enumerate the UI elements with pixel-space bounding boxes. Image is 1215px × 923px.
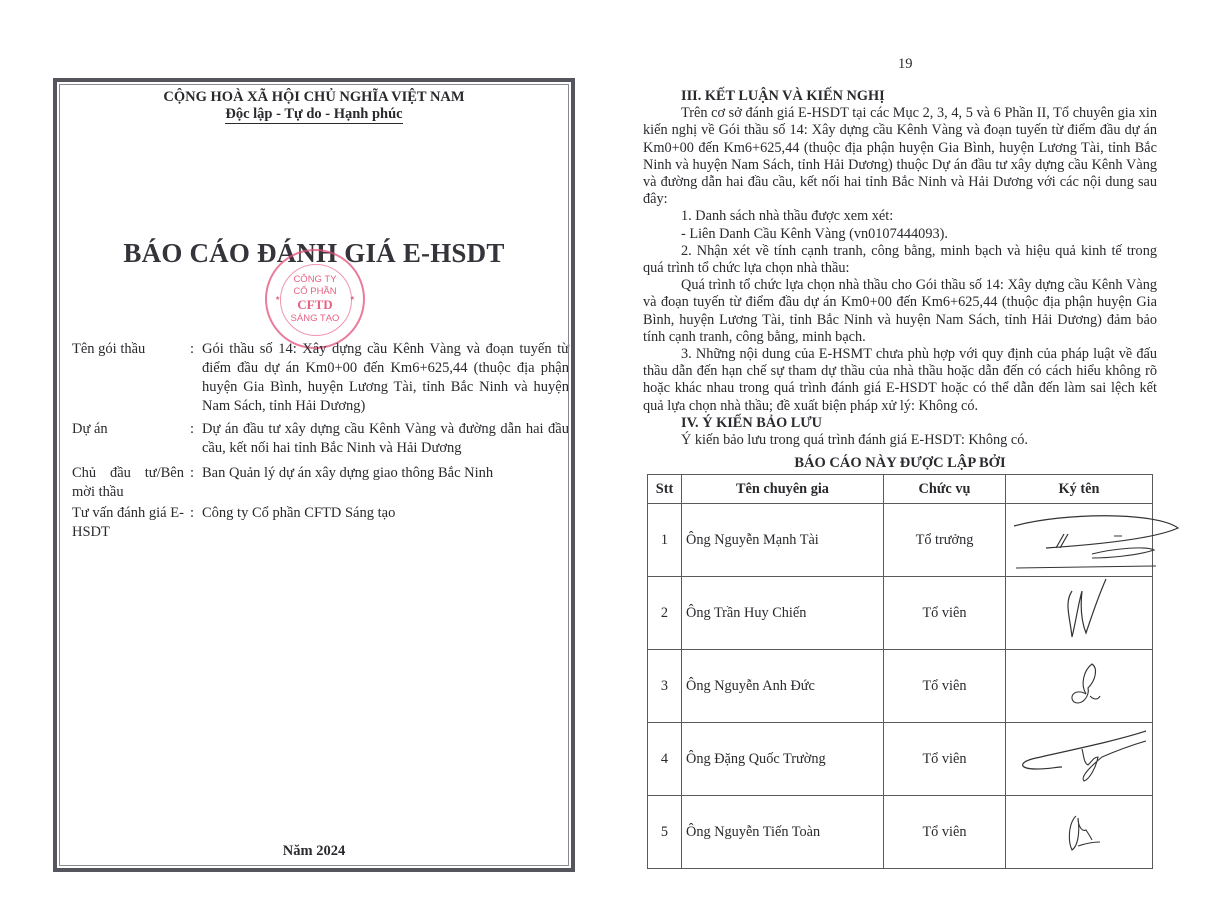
info-label: Chủ đầu tư/Bên mời thầu bbox=[72, 464, 184, 502]
national-title: CỘNG HOÀ XÃ HỘI CHỦ NGHĨA VIỆT NAM bbox=[57, 89, 571, 106]
star-icon: ★ bbox=[350, 295, 355, 302]
section-3-heading: III. KẾT LUẬN VÀ KIẾN NGHỊ bbox=[643, 88, 1157, 105]
cover-page-frame: CỘNG HOÀ XÃ HỘI CHỦ NGHĨA VIỆT NAM Độc l… bbox=[53, 78, 575, 872]
item-1-bidder: - Liên Danh Cầu Kênh Vàng (vn0107444093)… bbox=[643, 226, 1157, 243]
stamp-line-3: CFTD bbox=[267, 297, 363, 313]
table-row: 5 Ông Nguyễn Tiến Toàn Tổ viên bbox=[648, 796, 1153, 869]
info-colon: : bbox=[190, 464, 194, 483]
cell-signature bbox=[1006, 796, 1153, 869]
info-value: Dự án đầu tư xây dựng cầu Kênh Vàng và đ… bbox=[202, 420, 569, 458]
table-title: BÁO CÁO NÀY ĐƯỢC LẬP BỞI bbox=[643, 455, 1157, 472]
cell-stt: 1 bbox=[648, 504, 682, 577]
info-colon: : bbox=[190, 340, 194, 359]
company-seal-stamp: CÔNG TY CỔ PHẦN CFTD SÁNG TẠO ★ ★ bbox=[265, 249, 365, 349]
intro-paragraph: Trên cơ sở đánh giá E-HSDT tại các Mục 2… bbox=[643, 105, 1157, 208]
header-signature: Ký tên bbox=[1006, 475, 1153, 504]
cell-role: Tổ viên bbox=[884, 796, 1006, 869]
stamp-inner-ring bbox=[280, 264, 352, 336]
cell-signature bbox=[1006, 577, 1153, 650]
table-row: 1 Ông Nguyễn Mạnh Tài Tổ trưởng bbox=[648, 504, 1153, 577]
cell-role: Tổ viên bbox=[884, 650, 1006, 723]
cell-name: Ông Nguyễn Mạnh Tài bbox=[682, 504, 884, 577]
signature-icon bbox=[1006, 577, 1162, 647]
signature-icon bbox=[1006, 650, 1162, 720]
section-4-body: Ý kiến bảo lưu trong quá trình đánh giá … bbox=[643, 432, 1157, 449]
cell-stt: 4 bbox=[648, 723, 682, 796]
cell-stt: 5 bbox=[648, 796, 682, 869]
header-name: Tên chuyên gia bbox=[682, 475, 884, 504]
cell-name: Ông Trần Huy Chiến bbox=[682, 577, 884, 650]
cell-role: Tổ viên bbox=[884, 723, 1006, 796]
motto-text: Độc lập - Tự do - Hạnh phúc bbox=[225, 106, 402, 124]
info-value: Ban Quản lý dự án xây dựng giao thông Bắ… bbox=[202, 464, 569, 483]
cell-signature bbox=[1006, 504, 1153, 577]
section-4-heading: IV. Ý KIẾN BẢO LƯU bbox=[643, 415, 1157, 432]
cell-signature bbox=[1006, 650, 1153, 723]
item-3: 3. Những nội dung của E-HSMT chưa phù hợ… bbox=[643, 346, 1157, 415]
info-value: Gói thầu số 14: Xây dựng cầu Kênh Vàng v… bbox=[202, 340, 569, 416]
signature-icon bbox=[1006, 723, 1162, 793]
stamp-line-2: CỔ PHẦN bbox=[267, 286, 363, 297]
signature-icon bbox=[1006, 504, 1162, 574]
header-role: Chức vụ bbox=[884, 475, 1006, 504]
cell-role: Tổ trưởng bbox=[884, 504, 1006, 577]
info-label: Tư vấn đánh giá E-HSDT bbox=[72, 504, 184, 542]
info-colon: : bbox=[190, 504, 194, 523]
report-year: Năm 2024 bbox=[57, 843, 571, 860]
national-motto: Độc lập - Tự do - Hạnh phúc bbox=[57, 106, 571, 123]
cell-name: Ông Nguyễn Anh Đức bbox=[682, 650, 884, 723]
info-label: Tên gói thầu bbox=[72, 340, 184, 359]
cell-signature bbox=[1006, 723, 1153, 796]
stamp-line-1: CÔNG TY bbox=[267, 274, 363, 285]
signature-icon bbox=[1006, 796, 1162, 866]
expert-team-table: Stt Tên chuyên gia Chức vụ Ký tên 1 Ông … bbox=[647, 474, 1153, 869]
header-stt: Stt bbox=[648, 475, 682, 504]
star-icon: ★ bbox=[275, 295, 280, 302]
item-2: 2. Nhận xét về tính cạnh tranh, công bằn… bbox=[643, 243, 1157, 277]
page-number: 19 bbox=[898, 56, 913, 73]
cell-name: Ông Nguyễn Tiến Toàn bbox=[682, 796, 884, 869]
report-title: BÁO CÁO ĐÁNH GIÁ E-HSDT bbox=[57, 238, 571, 269]
info-label: Dự án bbox=[72, 420, 184, 439]
stamp-line-4: SÁNG TẠO bbox=[267, 313, 363, 324]
cell-stt: 2 bbox=[648, 577, 682, 650]
conclusion-section: III. KẾT LUẬN VÀ KIẾN NGHỊ Trên cơ sở đá… bbox=[643, 88, 1157, 449]
item-1: 1. Danh sách nhà thầu được xem xét: bbox=[643, 208, 1157, 225]
table-header-row: Stt Tên chuyên gia Chức vụ Ký tên bbox=[648, 475, 1153, 504]
info-colon: : bbox=[190, 420, 194, 439]
cell-stt: 3 bbox=[648, 650, 682, 723]
cell-name: Ông Đặng Quốc Trường bbox=[682, 723, 884, 796]
info-value: Công ty Cổ phần CFTD Sáng tạo bbox=[202, 504, 569, 523]
item-2-body: Quá trình tổ chức lựa chọn nhà thầu cho … bbox=[643, 277, 1157, 346]
cell-role: Tổ viên bbox=[884, 577, 1006, 650]
table-row: 3 Ông Nguyễn Anh Đức Tổ viên bbox=[648, 650, 1153, 723]
table-row: 4 Ông Đặng Quốc Trường Tổ viên bbox=[648, 723, 1153, 796]
table-row: 2 Ông Trần Huy Chiến Tổ viên bbox=[648, 577, 1153, 650]
